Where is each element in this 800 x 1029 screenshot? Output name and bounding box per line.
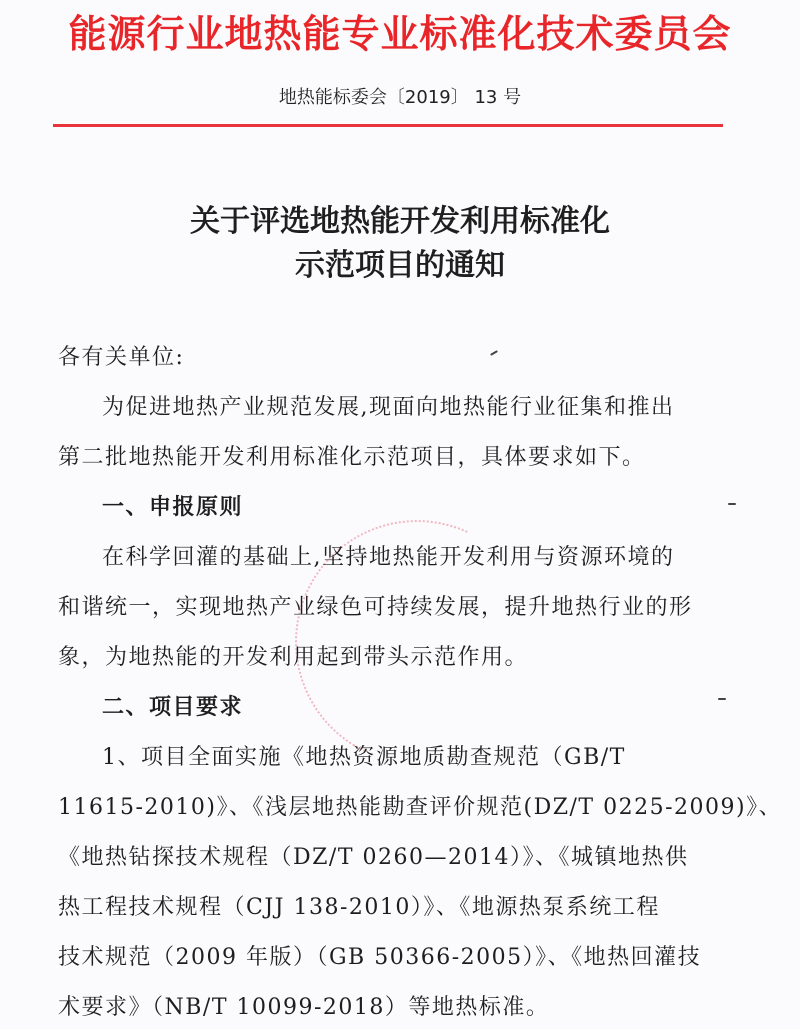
paragraph-line: 和谐统一，实现地热产业绿色可持续发展，提升地热行业的形: [58, 583, 738, 633]
paragraph-line: 1、项目全面实施《地热资源地质勘查规范（GB/T: [58, 733, 738, 783]
issuing-organization-header: 能源行业地热能专业标准化技术委员会: [0, 12, 800, 56]
paragraph-line: 技术规范（2009 年版）（GB 50366-2005）》、《地热回灌技: [58, 933, 738, 983]
red-divider-line: [53, 124, 723, 127]
paragraph-line: 在科学回灌的基础上,坚持地热能开发利用与资源环境的: [58, 533, 738, 583]
document-title-line-2: 示范项目的通知: [0, 244, 800, 288]
paragraph-line: 《地热钻探技术规程（DZ/T 0260—2014）》、《城镇地热供: [58, 833, 738, 883]
document-number: 地热能标委会〔2019〕 13 号: [0, 86, 800, 110]
document-title: 关于评选地热能开发利用标准化 示范项目的通知: [0, 200, 800, 288]
section-heading-principles: 一、申报原则: [58, 483, 738, 533]
paragraph-line: 术要求》（NB/T 10099-2018）等地热标准。: [58, 983, 738, 1029]
paragraph-line: 11615-2010)》、《浅层地热能勘查评价规范(DZ/T 0225-2009…: [58, 783, 738, 833]
intro-line: 为促进地热产业规范发展,现面向地热能行业征集和推出: [58, 383, 738, 433]
intro-line: 第二批地热能开发利用标准化示范项目，具体要求如下。: [58, 433, 738, 483]
salutation: 各有关单位:: [58, 333, 738, 383]
paragraph-line: 热工程技术规程（CJJ 138-2010）》、《地源热泵系统工程: [58, 883, 738, 933]
paragraph-line: 象，为地热能的开发利用起到带头示范作用。: [58, 633, 738, 683]
document-title-line-1: 关于评选地热能开发利用标准化: [0, 200, 800, 244]
document-body: 各有关单位: 为促进地热产业规范发展,现面向地热能行业征集和推出 第二批地热能开…: [58, 333, 738, 1029]
section-heading-requirements: 二、项目要求: [58, 683, 738, 733]
